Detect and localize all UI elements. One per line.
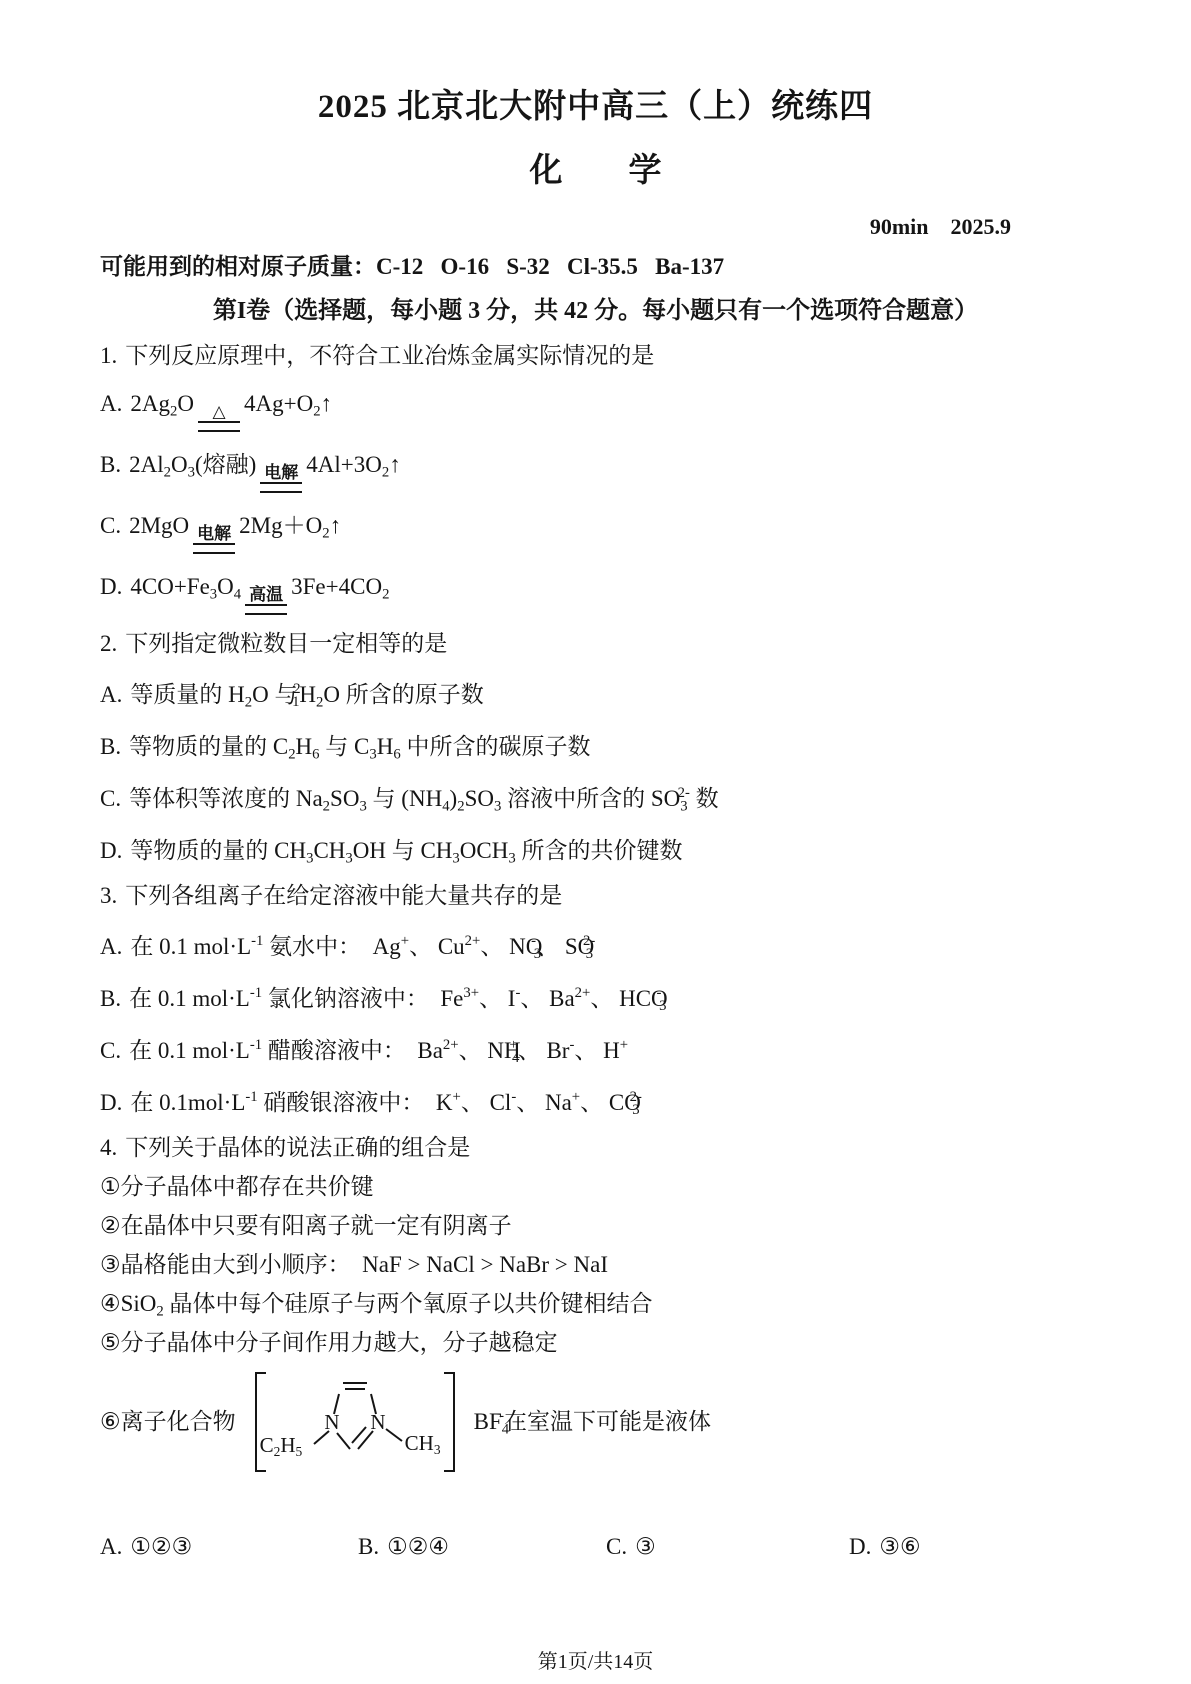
options-row: A.①②③B.①②④C.③D.③⑥	[100, 1530, 1091, 1564]
option-label: C.	[100, 786, 121, 811]
question-number: 1.	[100, 343, 117, 368]
option-label: C.	[100, 1038, 121, 1063]
question-stem: 3.下列各组离子在给定溶液中能大量共存的是	[100, 881, 1091, 911]
option-label: B.	[100, 452, 121, 477]
reaction-condition-block: 电解	[260, 463, 302, 493]
reaction-condition-block: 高温	[245, 585, 287, 615]
question-stem: 1.下列反应原理中，不符合工业冶炼金属实际情况的是	[100, 341, 1091, 371]
formula-text: 4Al+3O2↑	[306, 452, 400, 477]
option-label: C.	[606, 1534, 627, 1559]
subject-title: 化 学	[100, 150, 1091, 192]
substituent-label-right: CH3	[405, 1428, 441, 1458]
question-stem: 4.下列关于晶体的说法正确的组合是	[100, 1133, 1091, 1163]
option-inline: D.③⑥	[849, 1530, 921, 1564]
option-inline: C.③	[606, 1530, 849, 1564]
option-label: B.	[100, 986, 121, 1011]
option-line: D.在 0.1mol·L-1 硝酸银溶液中： K+、 Cl-、 Na+、 CO3…	[100, 1086, 1091, 1119]
exam-page: 2025 北京北大附中高三（上）统练四 化 学 90min 2025.9 可能用…	[0, 0, 1191, 1684]
reaction-condition: 电解	[263, 463, 299, 482]
option-line: A.在 0.1 mol·L-1 氨水中： Ag+、 Cu2+、 NO3-、 SO…	[100, 930, 1091, 963]
formula-text: 在 0.1 mol·L-1 氯化钠溶液中： Fe3+、 I-、 Ba2+、 HC…	[129, 986, 661, 1011]
option-text: ③	[635, 1534, 656, 1559]
reaction-condition-block: 电解	[193, 524, 235, 554]
option-line: B.2Al2O3(熔融)电解4Al+3O2↑	[100, 447, 1091, 493]
question-number: 4.	[100, 1135, 117, 1160]
formula-text: ④SiO2 晶体中每个硅原子与两个氧原子以共价键相结合	[100, 1291, 653, 1316]
option-line: B.等物质的量的 C2H6 与 C3H6 中所含的碳原子数	[100, 730, 1091, 763]
question-2: 2.下列指定微粒数目一定相等的是A.等质量的 H2O 与 21H2O 所含的原子…	[100, 629, 1091, 867]
formula-text: 等物质的量的 C2H6 与 C3H6 中所含的碳原子数	[129, 734, 590, 759]
question-text: 下列指定微粒数目一定相等的是	[125, 631, 447, 656]
reaction-condition: △	[211, 402, 226, 421]
equals-double-line	[193, 543, 235, 554]
duration-date: 90min 2025.9	[100, 214, 1091, 240]
formula-text: BF4-在室温下可能是液体	[474, 1407, 711, 1437]
option-label: A.	[100, 682, 122, 707]
option-line: C.在 0.1 mol·L-1 醋酸溶液中： Ba2+、 NH4+、 Br-、 …	[100, 1034, 1091, 1067]
formula-text: 在 0.1 mol·L-1 醋酸溶液中： Ba2+、 NH4+、 Br-、 H+	[129, 1038, 628, 1063]
option-inline: A.①②③	[100, 1530, 358, 1564]
option-line: A.等质量的 H2O 与 21H2O 所含的原子数	[100, 678, 1091, 711]
option-label: A.	[100, 934, 122, 959]
exam-title: 2025 北京北大附中高三（上）统练四	[100, 0, 1091, 128]
question-stem: 2.下列指定微粒数目一定相等的是	[100, 629, 1091, 659]
question-4: 4.下列关于晶体的说法正确的组合是①分子晶体中都存在共价键②在晶体中只要有阳离子…	[100, 1133, 1091, 1564]
option-label: D.	[100, 838, 122, 863]
option-line: D.等物质的量的 CH3CH3OH 与 CH3OCH3 所含的共价键数	[100, 834, 1091, 867]
formula-text: 4CO+Fe3O4	[130, 574, 241, 599]
questions: 1.下列反应原理中，不符合工业冶炼金属实际情况的是A.2Ag2O△4Ag+O2↑…	[100, 341, 1091, 1564]
statement-item: ⑥离子化合物 N N C2H5 CH3 BF4-在室温下可能是液体	[100, 1370, 1091, 1474]
equals-double-line	[260, 482, 302, 493]
imidazolium-structure: N N C2H5 CH3	[240, 1370, 470, 1474]
page-content: 2025 北京北大附中高三（上）统练四 化 学 90min 2025.9 可能用…	[0, 0, 1191, 1564]
question-3: 3.下列各组离子在给定溶液中能大量共存的是A.在 0.1 mol·L-1 氨水中…	[100, 881, 1091, 1119]
option-text: ①②③	[130, 1534, 192, 1559]
option-label: D.	[100, 1090, 122, 1115]
statement-item: ⑤分子晶体中分子间作用力越大，分子越稳定	[100, 1328, 1091, 1358]
formula-text: 2MgO	[129, 513, 189, 538]
formula-text: ③晶格能由大到小顺序： NaF > NaCl > NaBr > NaI	[100, 1252, 608, 1277]
nitrogen-label: N	[370, 1410, 385, 1434]
formula-text: ⑤分子晶体中分子间作用力越大，分子越稳定	[100, 1330, 558, 1355]
page-indicator: 第1页/共14页	[0, 1650, 1191, 1674]
statement-item: ①分子晶体中都存在共价键	[100, 1172, 1091, 1202]
formula-text: 等质量的 H2O 与 21H2O 所含的原子数	[130, 682, 483, 707]
question-text: 下列关于晶体的说法正确的组合是	[125, 1135, 470, 1160]
option-label: C.	[100, 513, 121, 538]
right-bracket	[444, 1373, 454, 1471]
equals-double-line	[245, 604, 287, 615]
formula-text: 在 0.1 mol·L-1 氨水中： Ag+、 Cu2+、 NO3-、 SO32…	[130, 934, 595, 959]
question-number: 2.	[100, 631, 117, 656]
option-line: C.2MgO电解2Mg＋O2↑	[100, 508, 1091, 554]
reaction-condition: 电解	[196, 524, 232, 543]
formula-text: 等体积等浓度的 Na2SO3 与 (NH4)2SO3 溶液中所含的 SO32- …	[129, 786, 719, 811]
section-header: 第I卷（选择题，每小题 3 分，共 42 分。每小题只有一个选项符合题意）	[100, 295, 1091, 327]
bond-n3-methyl	[386, 1429, 402, 1441]
option-line: D.4CO+Fe3O4高温3Fe+4CO2	[100, 569, 1091, 615]
option-label: D.	[100, 574, 122, 599]
nitrogen-label: N	[324, 1410, 339, 1434]
option-label: B.	[358, 1534, 379, 1559]
formula-text: ①分子晶体中都存在共价键	[100, 1174, 374, 1199]
option-line: C.等体积等浓度的 Na2SO3 与 (NH4)2SO3 溶液中所含的 SO32…	[100, 782, 1091, 815]
option-label: A.	[100, 391, 122, 416]
option-inline: B.①②④	[358, 1530, 606, 1564]
reaction-condition-block: △	[198, 402, 240, 432]
option-text: ③⑥	[879, 1534, 920, 1559]
option-text: ①②④	[387, 1534, 449, 1559]
substituent-label-left: C2H5	[260, 1430, 303, 1460]
formula-text: 3Fe+4CO2	[291, 574, 389, 599]
formula-text: 等物质的量的 CH3CH3OH 与 CH3OCH3 所含的共价键数	[130, 838, 682, 863]
formula-text: ⑥离子化合物	[100, 1407, 236, 1437]
statement-item: ④SiO2 晶体中每个硅原子与两个氧原子以共价键相结合	[100, 1289, 1091, 1319]
question-text: 下列反应原理中，不符合工业冶炼金属实际情况的是	[125, 343, 654, 368]
question-text: 下列各组离子在给定溶液中能大量共存的是	[125, 883, 562, 908]
formula-text: ②在晶体中只要有阳离子就一定有阴离子	[100, 1213, 512, 1238]
bond-c2-n1	[337, 1433, 350, 1449]
atomic-masses-line: 可能用到的相对原子质量：C-12 O-16 S-32 Cl-35.5 Ba-13…	[100, 252, 1091, 282]
formula-text: 4Ag+O2↑	[244, 391, 332, 416]
option-label: B.	[100, 734, 121, 759]
option-label: A.	[100, 1534, 122, 1559]
formula-text: 2Mg＋O2↑	[239, 513, 341, 538]
formula-text: 2Ag2O	[130, 391, 194, 416]
option-line: B.在 0.1 mol·L-1 氯化钠溶液中： Fe3+、 I-、 Ba2+、 …	[100, 982, 1091, 1015]
question-1: 1.下列反应原理中，不符合工业冶炼金属实际情况的是A.2Ag2O△4Ag+O2↑…	[100, 341, 1091, 615]
statement-item: ②在晶体中只要有阳离子就一定有阴离子	[100, 1211, 1091, 1241]
formula-text: 2Al2O3(熔融)	[129, 452, 256, 477]
option-label: D.	[849, 1534, 871, 1559]
question-number: 3.	[100, 883, 117, 908]
reaction-condition: 高温	[248, 585, 284, 604]
option-line: A.2Ag2O△4Ag+O2↑	[100, 386, 1091, 432]
equals-double-line	[198, 421, 240, 432]
formula-text: 在 0.1mol·L-1 硝酸银溶液中： K+、 Cl-、 Na+、 CO32-	[130, 1090, 642, 1115]
statement-item: ③晶格能由大到小顺序： NaF > NaCl > NaBr > NaI	[100, 1250, 1091, 1280]
